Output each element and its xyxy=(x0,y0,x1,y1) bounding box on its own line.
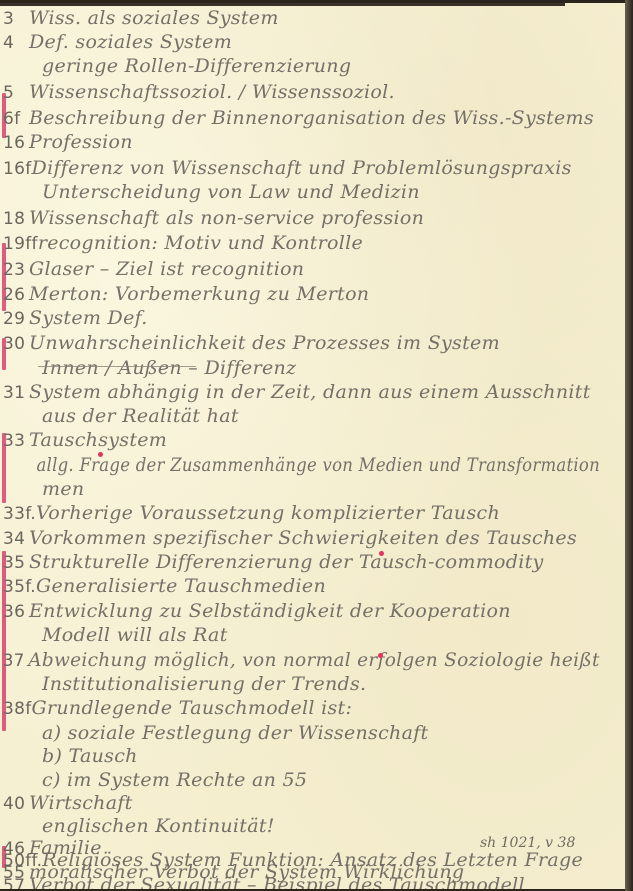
note-text: men xyxy=(0,478,84,500)
note-text: Wiss. als soziales System xyxy=(29,7,279,29)
page-number: 16 xyxy=(0,135,29,152)
note-line: allg. Frage der Zusammenhänge von Medien… xyxy=(0,456,600,475)
note-text: Tauschsystem xyxy=(29,429,167,451)
page-number: 4 xyxy=(0,35,29,52)
note-line: 18Wissenschaft als non-service professio… xyxy=(0,209,424,228)
page-number: 29 xyxy=(0,311,29,328)
note-text: Unterscheidung von Law und Medizin xyxy=(0,181,420,203)
note-text: System abhängig in der Zeit, dann aus ei… xyxy=(29,381,591,403)
index-card: 3Wiss. als soziales System4Def. soziales… xyxy=(0,3,625,889)
note-line: c) im System Rechte an 55 xyxy=(0,771,307,790)
note-text: Merton: Vorbemerkung zu Merton xyxy=(29,283,369,305)
note-line: b) Tausch xyxy=(0,747,138,766)
note-text: Innen / Außen – Differenz xyxy=(0,357,296,379)
note-text: recognition: Motiv und Kontrolle xyxy=(38,232,363,254)
note-line: 5Wissenschaftssoziol. / Wissenssoziol. xyxy=(0,83,395,102)
page-number: 35f. xyxy=(0,579,36,596)
note-text: Verbot der Sexualität – Beispiel des Tau… xyxy=(29,874,525,889)
note-line: 35Strukturelle Differenzierung der Tausc… xyxy=(0,553,544,572)
note-line: 34Vorkommen spezifischer Schwierigkeiten… xyxy=(0,529,577,548)
page-number: 40 xyxy=(0,796,29,813)
page-number: 18 xyxy=(0,211,29,228)
note-line: 57Verbot der Sexualität – Beispiel des T… xyxy=(0,876,525,889)
page-number: 33 xyxy=(0,433,29,450)
note-line: 6fBeschreibung der Binnenorganisation de… xyxy=(0,109,594,128)
note-text: b) Tausch xyxy=(0,745,138,767)
note-text: allg. Frage der Zusammenhänge von Medien… xyxy=(0,454,600,476)
page-number: 35 xyxy=(0,555,29,572)
note-text: System Def. xyxy=(29,307,148,329)
note-line: 37Abweichung möglich, von normal erfolge… xyxy=(0,651,600,670)
note-text: Generalisierte Tauschmedien xyxy=(36,575,326,597)
note-text: geringe Rollen-Differenzierung xyxy=(0,55,351,77)
note-text: Wirtschaft xyxy=(29,792,133,814)
note-line: 4Def. soziales System xyxy=(0,33,232,52)
note-line: 16Profession xyxy=(0,133,133,152)
note-line: 35f.Generalisierte Tauschmedien xyxy=(0,577,326,596)
note-text: Wissenschaftssoziol. / Wissenssoziol. xyxy=(29,81,395,103)
note-line: englischen Kontinuität! xyxy=(0,817,275,836)
note-line: 19ffrecognition: Motiv und Kontrolle xyxy=(0,234,363,253)
page-number: 5 xyxy=(0,85,29,102)
page-number: 33f. xyxy=(0,506,36,523)
red-dot-mark xyxy=(378,653,383,658)
note-text: Beschreibung der Binnenorganisation des … xyxy=(29,107,594,129)
note-line: Institutionalisierung der Trends. xyxy=(0,675,366,694)
note-text: Grundlegende Tauschmodell ist: xyxy=(32,697,353,719)
red-dot-mark xyxy=(98,452,103,457)
note-text: Strukturelle Differenzierung der Tausch-… xyxy=(29,551,544,573)
note-line: aus der Realität hat xyxy=(0,407,239,426)
note-text: Wissenschaft als non-service profession xyxy=(29,207,424,229)
note-text: Glaser – Ziel ist recognition xyxy=(29,258,304,280)
page-number: 57 xyxy=(0,878,29,889)
note-line: geringe Rollen-Differenzierung xyxy=(0,57,351,76)
note-text: Def. soziales System xyxy=(29,31,232,53)
note-text: a) soziale Festlegung der Wissenschaft xyxy=(0,722,428,744)
note-line: 3Wiss. als soziales System xyxy=(0,9,279,28)
note-line: 16fDifferenz von Wissenschaft und Proble… xyxy=(0,159,572,178)
page-number: 37 xyxy=(0,653,28,670)
note-text: Differenz von Wissenschaft und Problemlö… xyxy=(32,157,572,179)
note-text: englischen Kontinuität! xyxy=(0,815,275,837)
page-number: 6f xyxy=(0,111,29,128)
note-line: 36Entwicklung zu Selbständigkeit der Koo… xyxy=(0,602,511,621)
note-text: Institutionalisierung der Trends. xyxy=(0,673,366,695)
underline-mark xyxy=(38,366,196,367)
page-number: 38f xyxy=(0,701,32,718)
note-text: Unwahrscheinlichkeit des Prozesses im Sy… xyxy=(29,332,500,354)
note-line: 38fGrundlegende Tauschmodell ist: xyxy=(0,699,352,718)
note-text: Modell will als Rat xyxy=(0,624,228,646)
card-right-edge xyxy=(625,0,633,891)
note-line: 40Wirtschaft xyxy=(0,794,133,813)
page-number: 30 xyxy=(0,336,29,353)
note-text: Entwicklung zu Selbständigkeit der Koope… xyxy=(29,600,511,622)
card-top-edge xyxy=(0,3,565,6)
page-number: 3 xyxy=(0,11,29,28)
note-line: men xyxy=(0,480,84,499)
note-line: 31System abhängig in der Zeit, dann aus … xyxy=(0,383,591,402)
note-line: a) soziale Festlegung der Wissenschaft xyxy=(0,724,428,743)
page-number: 31 xyxy=(0,385,29,402)
note-line: Modell will als Rat xyxy=(0,626,228,645)
note-text: Vorherige Voraussetzung komplizierter Ta… xyxy=(36,502,500,524)
page-number: 34 xyxy=(0,531,29,548)
note-line: 33f.Vorherige Voraussetzung komplizierte… xyxy=(0,504,500,523)
page-number: 23 xyxy=(0,262,29,279)
note-line: 30Unwahrscheinlichkeit des Prozesses im … xyxy=(0,334,500,353)
note-line: 23Glaser – Ziel ist recognition xyxy=(0,260,304,279)
note-line: Unterscheidung von Law und Medizin xyxy=(0,183,420,202)
note-text: Vorkommen spezifischer Schwierigkeiten d… xyxy=(29,527,577,549)
red-dot-mark xyxy=(379,551,384,556)
note-line: Innen / Außen – Differenz xyxy=(0,359,296,378)
page-number: 19ff xyxy=(0,236,38,253)
note-text: Abweichung möglich, von normal erfolgen … xyxy=(28,649,599,671)
note-text: Profession xyxy=(29,131,133,153)
note-line: 33Tauschsystem xyxy=(0,431,167,450)
page-number: 16f xyxy=(0,161,32,178)
reference-annotation: sh 1021, v 38 xyxy=(480,835,575,851)
note-line: 29System Def. xyxy=(0,309,148,328)
page-number: 36 xyxy=(0,604,29,621)
note-line: 26Merton: Vorbemerkung zu Merton xyxy=(0,285,369,304)
page-number: 26 xyxy=(0,287,29,304)
note-text: c) im System Rechte an 55 xyxy=(0,769,307,791)
note-text: aus der Realität hat xyxy=(0,405,239,427)
